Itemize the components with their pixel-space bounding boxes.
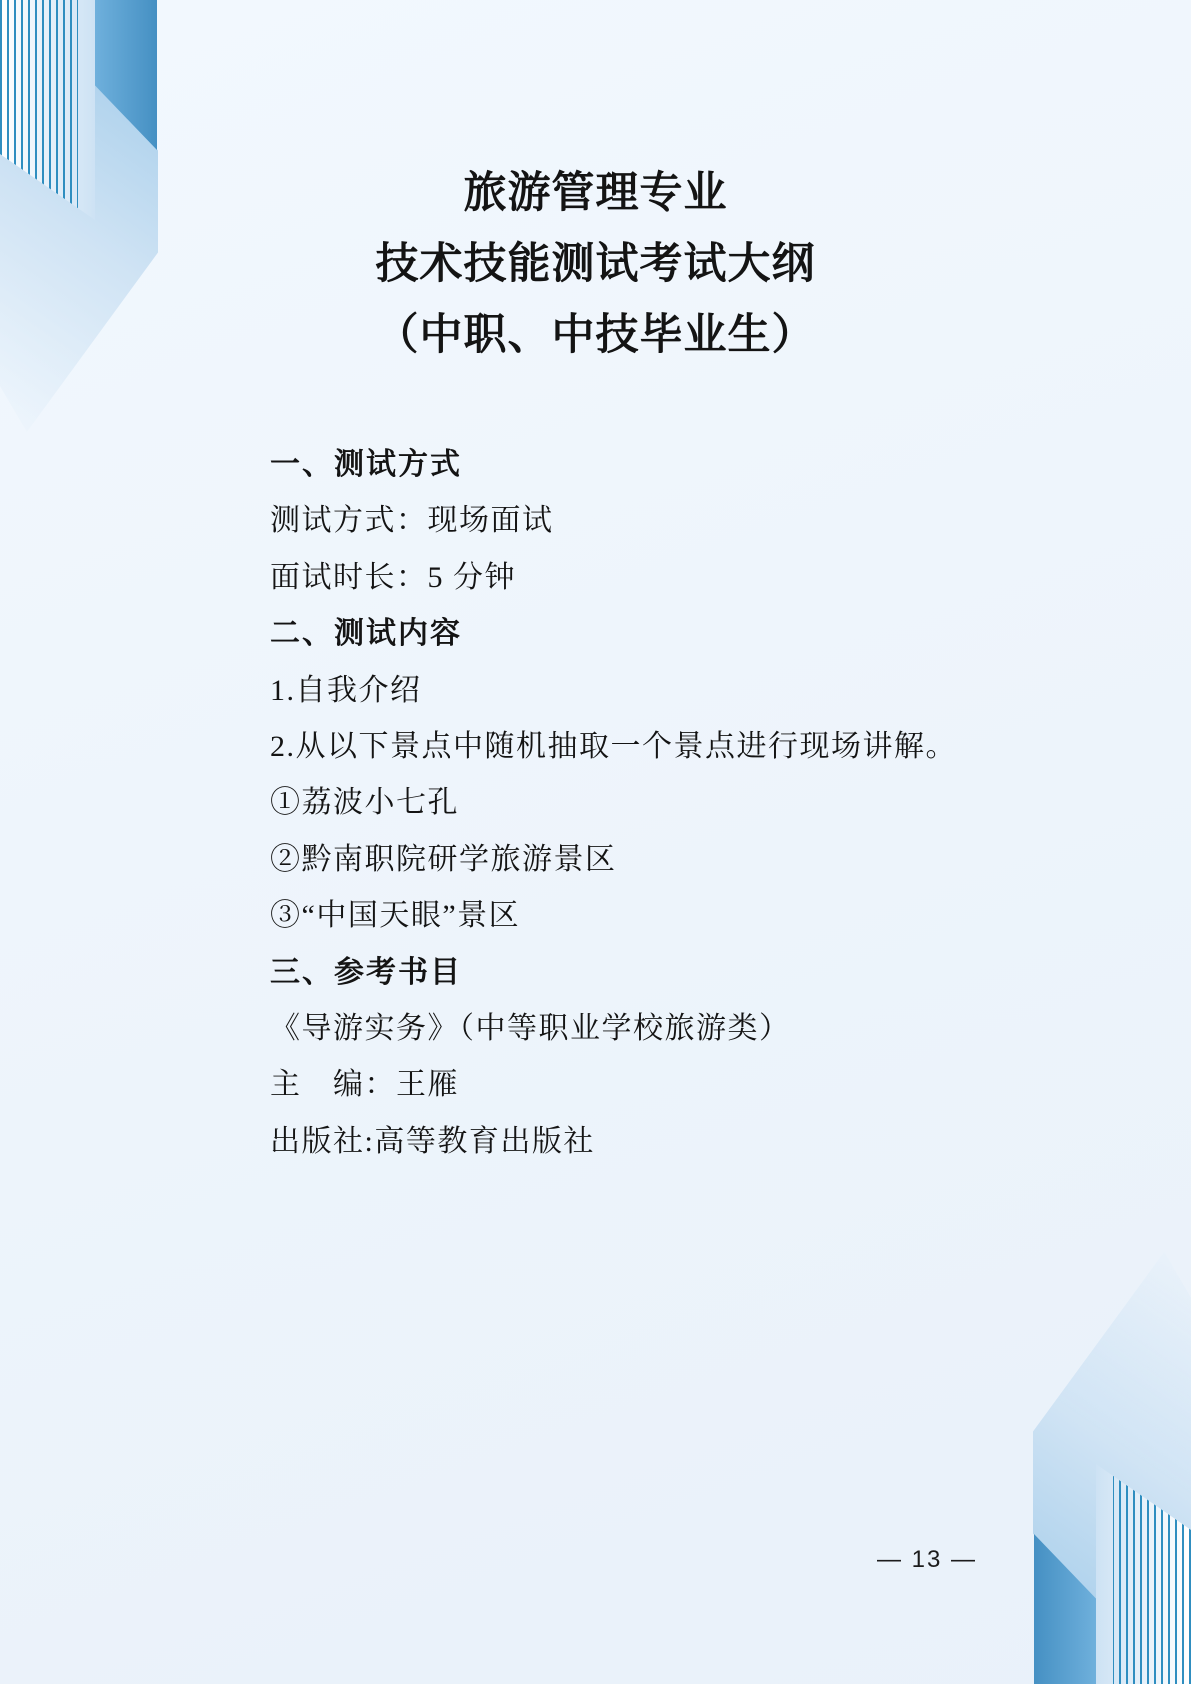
- body-line-spot-2: ②黔南职院研学旅游景区: [270, 832, 990, 888]
- body-line-chief-editor: 主 编：王雁: [270, 1057, 990, 1113]
- document-body: 一、测试方式 测试方式：现场面试 面试时长：5 分钟 二、测试内容 1.自我介绍…: [270, 437, 990, 1170]
- body-line-test-method: 测试方式：现场面试: [270, 493, 990, 549]
- section-heading-test-method: 一、测试方式: [270, 437, 990, 493]
- body-line-interview-duration: 面试时长：5 分钟: [270, 550, 990, 606]
- page-number: — 13 —: [877, 1546, 977, 1574]
- title-line-2: 技术技能测试考试大纲: [0, 229, 1191, 300]
- body-line-spot-3: ③“中国天眼”景区: [270, 888, 990, 944]
- title-line-3: （中职、中技毕业生）: [0, 300, 1191, 371]
- corner-decoration-bottom-right: [1031, 1252, 1191, 1684]
- decoration-light-shape: [1033, 1252, 1191, 1604]
- body-line-book-title: 《导游实务》（中等职业学校旅游类）: [270, 1001, 990, 1057]
- decoration-blue-band: [95, 0, 157, 150]
- section-heading-reference-books: 三、参考书目: [270, 945, 990, 1001]
- body-line-random-scenic-spot: 2.从以下景点中随机抽取一个景点进行现场讲解。: [270, 719, 990, 775]
- body-line-self-introduction: 1.自我介绍: [270, 663, 990, 719]
- document-title: 旅游管理专业 技术技能测试考试大纲 （中职、中技毕业生）: [0, 158, 1191, 371]
- body-line-publisher: 出版社:高等教育出版社: [270, 1114, 990, 1170]
- decoration-pinstripes: [1096, 1464, 1191, 1684]
- section-heading-test-content: 二、测试内容: [270, 606, 990, 662]
- document-page: 旅游管理专业 技术技能测试考试大纲 （中职、中技毕业生） 一、测试方式 测试方式…: [0, 0, 1191, 1684]
- title-line-1: 旅游管理专业: [0, 158, 1191, 229]
- body-line-spot-1: ①荔波小七孔: [270, 775, 990, 831]
- decoration-blue-band: [1034, 1534, 1096, 1684]
